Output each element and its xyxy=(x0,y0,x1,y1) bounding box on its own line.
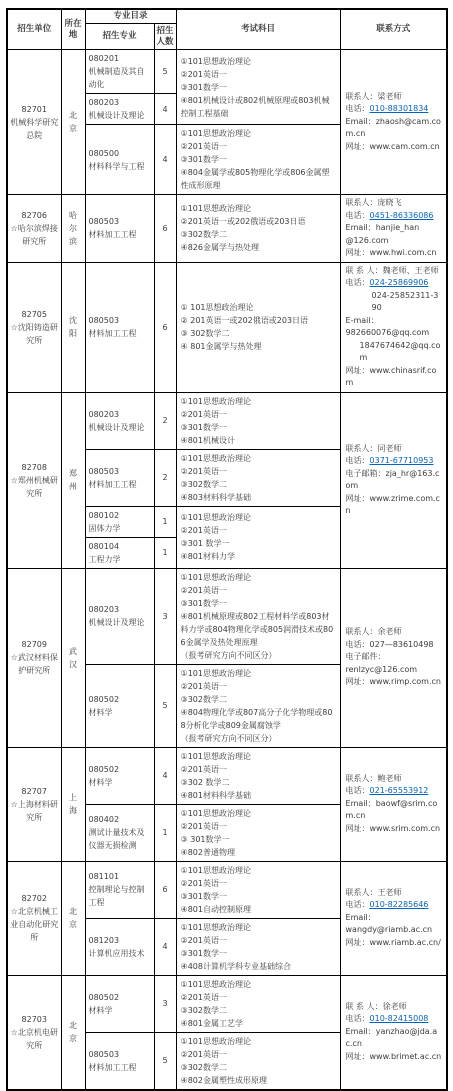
major-cell: 080201 机械制造及其自动化 xyxy=(85,50,154,94)
contact-person: 联系人：庞晓飞 xyxy=(346,197,444,210)
contact-phone: 电话：027—83610498 xyxy=(346,639,444,652)
exam-subjects-cell: ①101思想政治理论 ②201英语一 ③301数学一 ④801自动控制原理 xyxy=(176,861,340,918)
contact-email: Email：baowf@srim.com.cn xyxy=(346,798,444,823)
contact-website: 网址：www.hwi.com.cn xyxy=(346,247,444,260)
major-name: 机械设计及理论 xyxy=(89,616,151,629)
contact-email: wangdy@riamb.ac.cn xyxy=(346,924,444,937)
contact-person: 联系人：余老师 xyxy=(346,626,444,639)
major-cell: 081203 计算机应用技术 xyxy=(85,918,154,975)
major-code: 080201 xyxy=(89,52,151,65)
contact-person: 联系人：同老师 xyxy=(346,443,444,456)
exam-subjects-cell: ①101思想政治理论 ②201英语一 ③301数学一 ④801机械设计 xyxy=(176,392,340,449)
contact-phone: 电话：0371-67710953 xyxy=(346,455,444,468)
unit-cell: 82706 ☆哈尔滨焊接 研究所 xyxy=(7,195,61,263)
major-code: 081101 xyxy=(89,870,151,883)
contact-cell: 联 系 人：徐老师 电话：010-82415008 Email：yanzhao@… xyxy=(340,975,447,1090)
major-code: 080502 xyxy=(89,693,151,706)
count-cell: 4 xyxy=(154,94,176,125)
contact-cell: 联系人：庞晓飞 电话：0451-86336086 Email：hanjie_ha… xyxy=(340,195,447,263)
major-cell: 080502 材料学 xyxy=(85,975,154,1032)
major-code: 080203 xyxy=(89,408,151,421)
major-name: 材料科学与工程 xyxy=(89,160,151,173)
contact-phone: 电话：021-65553912 xyxy=(346,785,444,798)
header-unit: 招生单位 xyxy=(7,9,61,50)
contact-website: 网址：www.chinasrif.com xyxy=(346,365,444,390)
contact-email-2: 1847674642@qq.com xyxy=(346,340,444,365)
contact-phone: 电话：0451-86336086 xyxy=(346,210,444,223)
contact-person: 联系人：梁老师 xyxy=(346,91,444,104)
exam-subjects-cell: ①101思想政治理论 ②201英语一 ③302数学二 ④802金属塑性成形原理 xyxy=(176,1032,340,1090)
major-name: 材料加工工程 xyxy=(89,1061,151,1074)
unit-cell: 82709 ☆武汉材料保 护研究所 xyxy=(7,568,61,747)
phone-link[interactable]: 010-88301834 xyxy=(370,104,429,113)
major-code: 081203 xyxy=(89,934,151,947)
contact-person: 联系人：王老师 xyxy=(346,887,444,900)
major-cell: 080102 固体力学 xyxy=(85,506,154,537)
contact-email: Email：yanzhao@jda.ac.cn xyxy=(346,1026,444,1051)
major-code: 080203 xyxy=(89,603,151,616)
phone-link[interactable]: 024-25869906 xyxy=(370,278,429,287)
major-code: 080203 xyxy=(89,96,151,109)
location-cell: 哈尔 滨 xyxy=(61,195,85,263)
count-cell: 5 xyxy=(154,50,176,94)
major-name: 材料学 xyxy=(89,1004,151,1017)
exam-subjects-cell: ①101思想政治理论 ②201英语一 ③301数学一 ④801机械设计或802机… xyxy=(176,50,340,125)
contact-website: 网址：www.brimet.ac.cn xyxy=(346,1051,444,1064)
unit-cell: 82708 ☆郑州机械研 究所 xyxy=(7,392,61,568)
exam-subjects-cell: ① 101思想政治理论 ② 201英语一或202俄语或203日语 ③ 302数学… xyxy=(176,262,340,392)
major-cell: 080503 材料加工工程 xyxy=(85,1032,154,1090)
unit-cell: 82702 ☆北京机械工 业自动化研究 所 xyxy=(7,861,61,975)
major-code: 080500 xyxy=(89,147,151,160)
major-cell: 080503 材料加工工程 xyxy=(85,262,154,392)
contact-email: renlzyc@126.com xyxy=(346,664,444,677)
contact-email-label: Email： xyxy=(346,912,444,925)
contact-person: 联系人：鲍老师 xyxy=(346,773,444,786)
count-cell: 5 xyxy=(154,1032,176,1090)
location-cell: 北 京 xyxy=(61,975,85,1090)
contact-phone: 电话：024-25869906 xyxy=(346,277,444,290)
contact-email: Email：hanjie_han xyxy=(346,222,444,235)
contact-cell: 联系人：鲍老师 电话：021-65553912 Email：baowf@srim… xyxy=(340,747,447,861)
location-cell: 北 京 xyxy=(61,861,85,975)
contact-phone-2: 024-25852311-390 xyxy=(346,290,444,315)
major-code: 080503 xyxy=(89,314,151,327)
exam-subjects-cell: ①101思想政治理论 ②201英语一 ③301 数学一 ④801材料力学 xyxy=(176,506,340,568)
exam-subjects-cell: ①101思想政治理论 ②201英语一 ③301数学一 ④408计算机学科专业基础… xyxy=(176,918,340,975)
major-cell: 080500 材料科学与工程 xyxy=(85,125,154,195)
exam-subjects-cell: ①101思想政治理论 ②201英语一 ③301数学一 ④801机械原理或802工… xyxy=(176,568,340,664)
exam-subjects-cell: ①101思想政治理论 ②201英语一 ③302数学二 ④801金属工艺学 xyxy=(176,975,340,1032)
count-cell: 6 xyxy=(154,861,176,918)
count-cell: 6 xyxy=(154,262,176,392)
count-cell: 4 xyxy=(154,747,176,804)
major-cell: 080402 测试计量技术及仪器无损检测 xyxy=(85,804,154,861)
count-cell: 2 xyxy=(154,392,176,449)
major-name: 材料加工工程 xyxy=(89,478,151,491)
count-cell: 4 xyxy=(154,125,176,195)
major-name: 计算机应用技术 xyxy=(89,947,151,960)
count-cell: 4 xyxy=(154,918,176,975)
major-name: 机械设计及理论 xyxy=(89,421,151,434)
contact-cell: 联系人：梁老师 电话：010-88301834 Email：zhaosh@cam… xyxy=(340,50,447,195)
count-cell: 3 xyxy=(154,568,176,664)
major-code: 080503 xyxy=(89,215,151,228)
exam-subjects-cell: ①101思想政治理论 ②201英语一 ③ 301数学一 ④802普通物理 xyxy=(176,804,340,861)
contact-cell: 联 系 人：魏老师、王老师 电话：024-25869906 024-258523… xyxy=(340,262,447,392)
major-name: 材料学 xyxy=(89,706,151,719)
document-page: 招生单位 所在地 专业目录 考试科目 联系方式 招生专业 招生人数 82701 … xyxy=(0,0,453,938)
major-code: 080503 xyxy=(89,465,151,478)
contact-email: Email：zhaosh@cam.com.cn xyxy=(346,116,444,141)
count-cell: 1 xyxy=(154,804,176,861)
major-name: 材料加工工程 xyxy=(89,228,151,241)
major-code: 080102 xyxy=(89,509,151,522)
header-location: 所在地 xyxy=(61,9,85,50)
count-cell: 1 xyxy=(154,537,176,568)
admissions-table: 招生单位 所在地 专业目录 考试科目 联系方式 招生专业 招生人数 82701 … xyxy=(6,8,448,1091)
count-cell: 2 xyxy=(154,449,176,506)
contact-phone: 电话：010-88301834 xyxy=(346,103,444,116)
major-cell: 080503 材料加工工程 xyxy=(85,449,154,506)
major-code: 080104 xyxy=(89,540,151,553)
major-name: 材料学 xyxy=(89,776,151,789)
major-cell: 080502 材料学 xyxy=(85,664,154,747)
location-cell: 郑 州 xyxy=(61,392,85,568)
contact-person: 联 系 人：徐老师 xyxy=(346,1001,444,1014)
major-name: 材料加工工程 xyxy=(89,327,151,340)
major-cell: 080203 机械设计及理论 xyxy=(85,392,154,449)
contact-email: 982660076@qq.com xyxy=(346,327,444,340)
header-count: 招生人数 xyxy=(154,24,176,50)
major-cell: 080503 材料加工工程 xyxy=(85,195,154,263)
major-name: 机械设计及理论 xyxy=(89,109,151,122)
count-cell: 3 xyxy=(154,975,176,1032)
contact-website: 网址：www.riamb.ac.cn/ xyxy=(346,937,444,950)
contact-phone: 电话：010-82415008 xyxy=(346,1013,444,1026)
contact-person: 联 系 人：魏老师、王老师 xyxy=(346,265,444,278)
count-cell: 5 xyxy=(154,664,176,747)
contact-email: 电子邮箱：zja_hr@163.com xyxy=(346,468,444,493)
unit-cell: 82705 ☆沈阳铸造研 究所 xyxy=(7,262,61,392)
contact-cell: 联系人：余老师 电话：027—83610498 电子邮件： renlzyc@12… xyxy=(340,568,447,747)
major-name: 控制理论与控制工程 xyxy=(89,883,151,909)
location-cell: 北 京 xyxy=(61,50,85,195)
major-name: 机械制造及其自动化 xyxy=(89,65,151,91)
major-code: 080502 xyxy=(89,991,151,1004)
exam-subjects-cell: ①101思想政治理论 ②201英语一 ③302数学二 ④803材料科学基础 xyxy=(176,449,340,506)
contact-email-label: 电子邮件： xyxy=(346,651,444,664)
phone-link[interactable]: 010-82285646 xyxy=(370,900,429,909)
major-cell: 080203 机械设计及理论 xyxy=(85,568,154,664)
location-cell: 武 汉 xyxy=(61,568,85,747)
header-catalog: 专业目录 xyxy=(85,9,176,24)
major-name: 测试计量技术及仪器无损检测 xyxy=(89,826,151,852)
contact-website: 网址：www.rimp.com.cn xyxy=(346,676,444,689)
major-code: 080503 xyxy=(89,1048,151,1061)
major-cell: 081101 控制理论与控制工程 xyxy=(85,861,154,918)
contact-website: 网址：www.zrime.com.cn xyxy=(346,493,444,518)
header-subjects: 考试科目 xyxy=(176,9,340,50)
phone-link[interactable]: 0371-67710953 xyxy=(370,456,434,465)
unit-cell: 82707 ☆上海材料研 究所 xyxy=(7,747,61,861)
exam-subjects-cell: ①101思想政治理论 ②201英语一 ③302数学二 ④804物理化学或807高… xyxy=(176,664,340,747)
major-cell: 080104 工程力学 xyxy=(85,537,154,568)
count-cell: 1 xyxy=(154,506,176,537)
phone-link[interactable]: 0451-86336086 xyxy=(370,211,434,220)
exam-subjects-cell: ①101思想政治理论 ②201英语一 ③301数学一 ④804金属学或805物理… xyxy=(176,125,340,195)
phone-link[interactable]: 010-82415008 xyxy=(370,1014,429,1023)
major-code: 080502 xyxy=(89,763,151,776)
location-cell: 上 海 xyxy=(61,747,85,861)
exam-subjects-cell: ①101思想政治理论 ②201英语一或202俄语或203日语 ③302数学二 ④… xyxy=(176,195,340,263)
contact-website: 网址：www.cam.com.cn xyxy=(346,141,444,154)
contact-cell: 联系人：同老师 电话：0371-67710953 电子邮箱：zja_hr@163… xyxy=(340,392,447,568)
major-cell: 080203 机械设计及理论 xyxy=(85,94,154,125)
unit-cell: 82701 机械科学研究 总院 xyxy=(7,50,61,195)
phone-link[interactable]: 021-65553912 xyxy=(370,786,429,795)
count-cell: 6 xyxy=(154,195,176,263)
contact-cell: 联系人：王老师 电话：010-82285646 Email： wangdy@ri… xyxy=(340,861,447,975)
major-name: 固体力学 xyxy=(89,522,151,535)
unit-cell: 82703 ☆北京机电研 究所 xyxy=(7,975,61,1090)
exam-subjects-cell: ①101思想政治理论 ②201英语一 ③302 数学二 ④801材料科学基础 xyxy=(176,747,340,804)
header-major: 招生专业 xyxy=(85,24,154,50)
contact-phone: 电话：010-82285646 xyxy=(346,899,444,912)
major-code: 080402 xyxy=(89,813,151,826)
major-cell: 080502 材料学 xyxy=(85,747,154,804)
contact-email-label: E-mail： xyxy=(346,315,444,328)
contact-email-cont: @126.com xyxy=(346,235,444,248)
contact-website: 网址：www.srim.com.cn xyxy=(346,823,444,836)
header-contact: 联系方式 xyxy=(340,9,447,50)
major-name: 工程力学 xyxy=(89,553,151,566)
location-cell: 沈 阳 xyxy=(61,262,85,392)
